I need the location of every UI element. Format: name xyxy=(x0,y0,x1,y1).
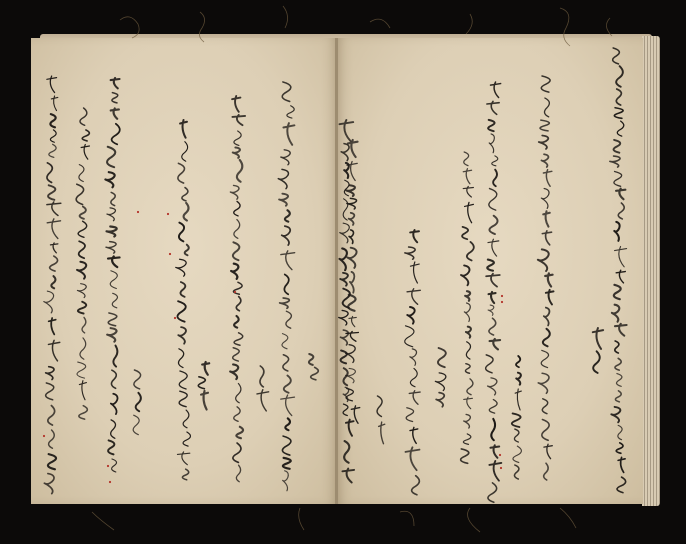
loose-binding-threads xyxy=(92,6,612,532)
ink-columns xyxy=(44,48,627,502)
photo-background xyxy=(0,0,686,544)
calligraphy-layer xyxy=(0,0,686,544)
